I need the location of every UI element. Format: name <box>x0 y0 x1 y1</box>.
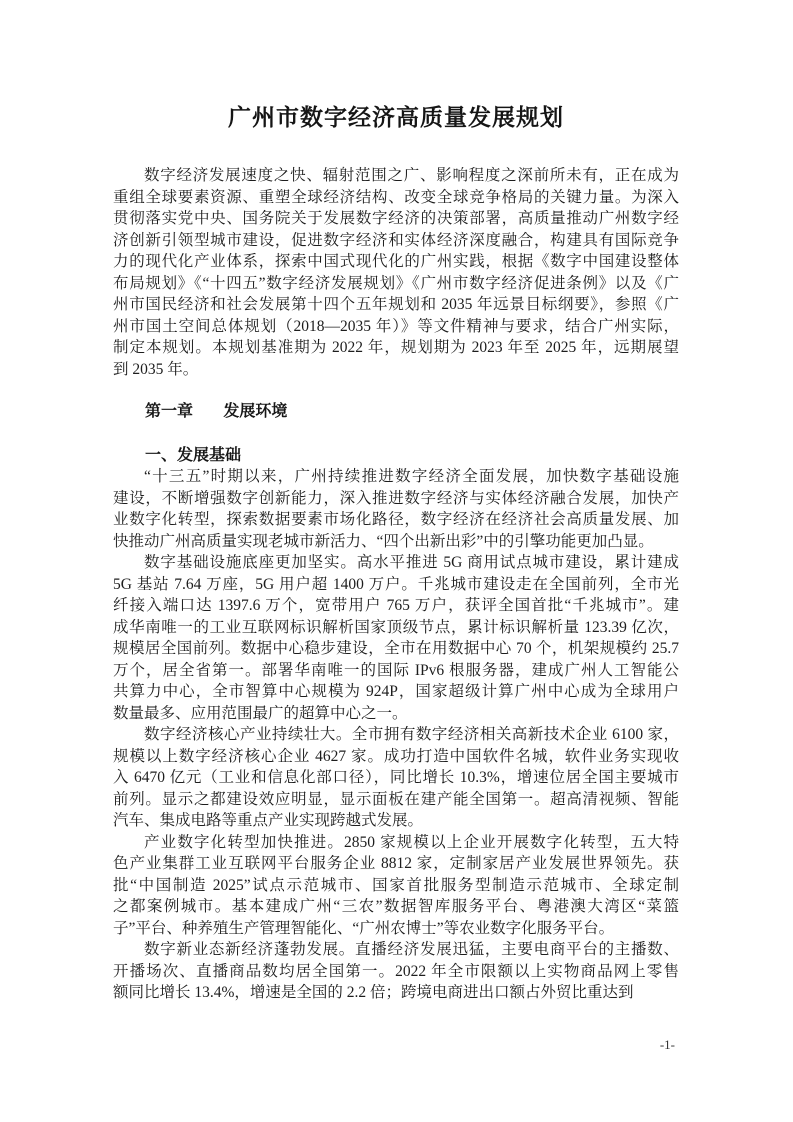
paragraph: “十三五”时期以来，广州持续推进数字经济全面发展，加快数字基础设施建设，不断增强… <box>113 466 679 552</box>
text-line: 重组全球要素资源、重塑全球经济结构、改变全球竞争格局的关键力量。为深入 <box>113 187 679 209</box>
text-line: 万个，居全省第一。部署华南唯一的国际 IPv6 根服务器，建成广州人工智能公 <box>113 660 679 682</box>
text-line: 力的现代化产业体系，探索中国式现代化的广州实践，根据《数字中国建设整体 <box>113 251 679 273</box>
text-line: 额同比增长 13.4%，增速是全国的 2.2 倍；跨境电商进出口额占外贸比重达到 <box>113 982 679 1004</box>
chapter-number: 第一章 <box>145 403 193 420</box>
text-line: 产业数字化转型加快推进。2850 家规模以上企业开展数字化转型，五大特 <box>113 832 679 854</box>
paragraph: 数字基础设施底座更加坚实。高水平推进 5G 商用试点城市建设，累计建成5G 基站… <box>113 552 679 724</box>
text-line: 前列。显示之都建设效应明显，显示面板在建产能全国第一。超高清视频、智能 <box>113 789 679 811</box>
text-line: 布局规划》《“十四五”数字经济发展规划》《广州市数字经济促进条例》以及《广 <box>113 273 679 295</box>
text-line: 规模居全国前列。数据中心稳步建设，全市在用数据中心 70 个，机架规模约 25.… <box>113 638 679 660</box>
document-body: 数字经济发展速度之快、辐射范围之广、影响程度之深前所未有，正在成为重组全球要素资… <box>113 165 679 1004</box>
text-line: 制定本规划。本规划基准期为 2022 年，规划期为 2023 年至 2025 年… <box>113 337 679 359</box>
text-line: 快推动广州高质量实现老城市新活力、“四个出新出彩”中的引擎功能更加凸显。 <box>113 531 679 553</box>
text-line: 业数字化转型，探索数据要素市场化路径，数字经济在经济社会高质量发展、加 <box>113 509 679 531</box>
text-line: 规模以上数字经济核心企业 4627 家。成功打造中国软件名城，软件业务实现收 <box>113 746 679 768</box>
paragraph: 数字经济发展速度之快、辐射范围之广、影响程度之深前所未有，正在成为重组全球要素资… <box>113 165 679 380</box>
text-line: 汽车、集成电路等重点产业实现跨越式发展。 <box>113 810 679 832</box>
text-line: 建设，不断增强数字创新能力，深入推进数字经济与实体经济融合发展，加快产 <box>113 488 679 510</box>
text-line: 批“中国制造 2025”试点示范城市、国家首批服务型制造示范城市、全球定制 <box>113 875 679 897</box>
text-line: 数字经济发展速度之快、辐射范围之广、影响程度之深前所未有，正在成为 <box>113 165 679 187</box>
paragraph: 数字新业态新经济蓬勃发展。直播经济发展迅猛，主要电商平台的主播数、开播场次、直播… <box>113 939 679 1004</box>
paragraph: 数字经济核心产业持续壮大。全市拥有数字经济相关高新技术企业 6100 家，规模以… <box>113 724 679 832</box>
text-line: 数字基础设施底座更加坚实。高水平推进 5G 商用试点城市建设，累计建成 <box>113 552 679 574</box>
section-heading: 一、发展基础 <box>113 445 679 467</box>
paragraph: 产业数字化转型加快推进。2850 家规模以上企业开展数字化转型，五大特色产业集群… <box>113 832 679 940</box>
text-line: 纤接入端口达 1397.6 万个，宽带用户 765 万户，获评全国首批“千兆城市… <box>113 595 679 617</box>
text-line: 5G 基站 7.64 万座，5G 用户超 1400 万户。千兆城市建设走在全国前… <box>113 574 679 596</box>
text-line: 州市国民经济和社会发展第十四个五年规划和 2035 年远景目标纲要》，参照《广 <box>113 294 679 316</box>
text-line: 数字经济核心产业持续壮大。全市拥有数字经济相关高新技术企业 6100 家， <box>113 724 679 746</box>
text-line: 之都案例城市。基本建成广州“三农”数据智库服务平台、粤港澳大湾区“菜篮 <box>113 896 679 918</box>
chapter-title: 发展环境 <box>223 403 287 420</box>
text-line: 色产业集群工业互联网平台服务企业 8812 家，定制家居产业发展世界领先。获 <box>113 853 679 875</box>
document-title: 广州市数字经济高质量发展规划 <box>113 103 679 133</box>
text-line: “十三五”时期以来，广州持续推进数字经济全面发展，加快数字基础设施 <box>113 466 679 488</box>
text-line: 共算力中心，全市智算中心规模为 924P，国家超级计算广州中心成为全球用户 <box>113 681 679 703</box>
document-page: 广州市数字经济高质量发展规划 数字经济发展速度之快、辐射范围之广、影响程度之深前… <box>0 0 793 1122</box>
text-line: 数字新业态新经济蓬勃发展。直播经济发展迅猛，主要电商平台的主播数、 <box>113 939 679 961</box>
text-line: 贯彻落实党中央、国务院关于发展数字经济的决策部署，高质量推动广州数字经 <box>113 208 679 230</box>
document-content: 广州市数字经济高质量发展规划 数字经济发展速度之快、辐射范围之广、影响程度之深前… <box>113 103 679 1004</box>
text-line: 开播场次、直播商品数均居全国第一。2022 年全市限额以上实物商品网上零售 <box>113 961 679 983</box>
text-line: 到 2035 年。 <box>113 359 679 381</box>
chapter-heading: 第一章发展环境 <box>113 401 679 423</box>
page-number: -1- <box>660 1037 675 1053</box>
text-line: 成华南唯一的工业互联网标识解析国家顶级节点，累计标识解析量 123.39 亿次， <box>113 617 679 639</box>
text-line: 州市国土空间总体规划（2018—2035 年）》等文件精神与要求，结合广州实际， <box>113 316 679 338</box>
text-line: 入 6470 亿元（工业和信息化部口径），同比增长 10.3%，增速位居全国主要… <box>113 767 679 789</box>
text-line: 济创新引领型城市建设，促进数字经济和实体经济深度融合，构建具有国际竞争 <box>113 230 679 252</box>
text-line: 子”平台、种养殖生产管理智能化、“广州农博士”等农业数字化服务平台。 <box>113 918 679 940</box>
text-line: 数量最多、应用范围最广的超算中心之一。 <box>113 703 679 725</box>
